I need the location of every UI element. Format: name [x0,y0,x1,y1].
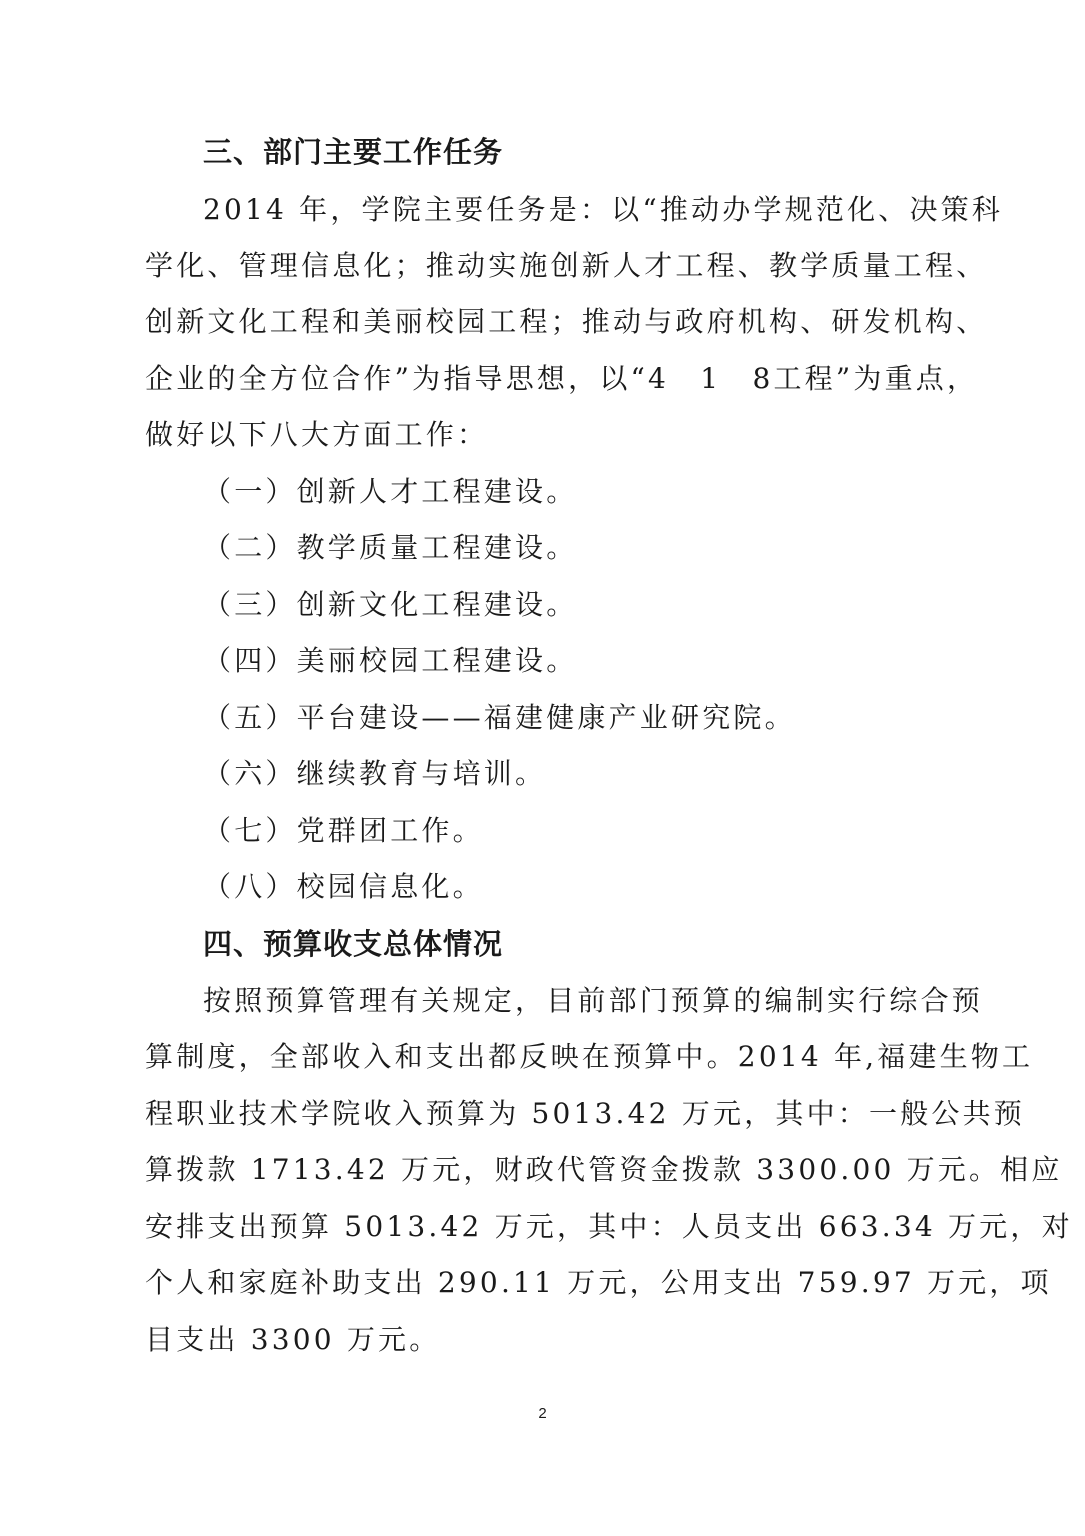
list-item: （一）创新人才工程建设。 [203,472,1003,512]
paragraph-line: 按照预算管理有关规定，目前部门预算的编制实行综合预 [203,981,1003,1021]
document-page: 三、部门主要工作任务 2014 年，学院主要任务是：以“推动办学规范化、决策科 … [0,0,1085,1536]
paragraph-line: 个人和家庭补助支出 290.11 万元，公用支出 759.97 万元，项 [145,1263,945,1303]
list-item: （三）创新文化工程建设。 [203,585,1003,625]
list-item: （五）平台建设——福建健康产业研究院。 [203,698,1003,738]
paragraph-line: 做好以下八大方面工作： [145,415,945,455]
list-item: （八）校园信息化。 [203,867,1003,907]
list-item: （二）教学质量工程建设。 [203,528,1003,568]
paragraph-line: 2014 年，学院主要任务是：以“推动办学规范化、决策科 [203,190,1003,230]
paragraph-line: 学化、管理信息化；推动实施创新人才工程、教学质量工程、 [145,246,945,286]
page-number: 2 [0,1405,1085,1422]
section-heading: 三、部门主要工作任务 [203,132,1003,172]
paragraph-line: 企业的全方位合作”为指导思想，以“4 1 8工程”为重点， [145,359,945,399]
paragraph-line: 程职业技术学院收入预算为 5013.42 万元，其中：一般公共预 [145,1094,945,1134]
paragraph-line: 安排支出预算 5013.42 万元，其中：人员支出 663.34 万元，对 [145,1207,945,1247]
paragraph-line: 算制度，全部收入和支出都反映在预算中。2014 年,福建生物工 [145,1037,945,1077]
list-item: （四）美丽校园工程建设。 [203,641,1003,681]
list-item: （六）继续教育与培训。 [203,754,1003,794]
paragraph-line: 创新文化工程和美丽校园工程；推动与政府机构、研发机构、 [145,302,945,342]
section-heading: 四、预算收支总体情况 [203,924,1003,964]
paragraph-line: 目支出 3300 万元。 [145,1320,945,1360]
paragraph-line: 算拨款 1713.42 万元，财政代管资金拨款 3300.00 万元。相应 [145,1150,945,1190]
list-item: （七）党群团工作。 [203,811,1003,851]
